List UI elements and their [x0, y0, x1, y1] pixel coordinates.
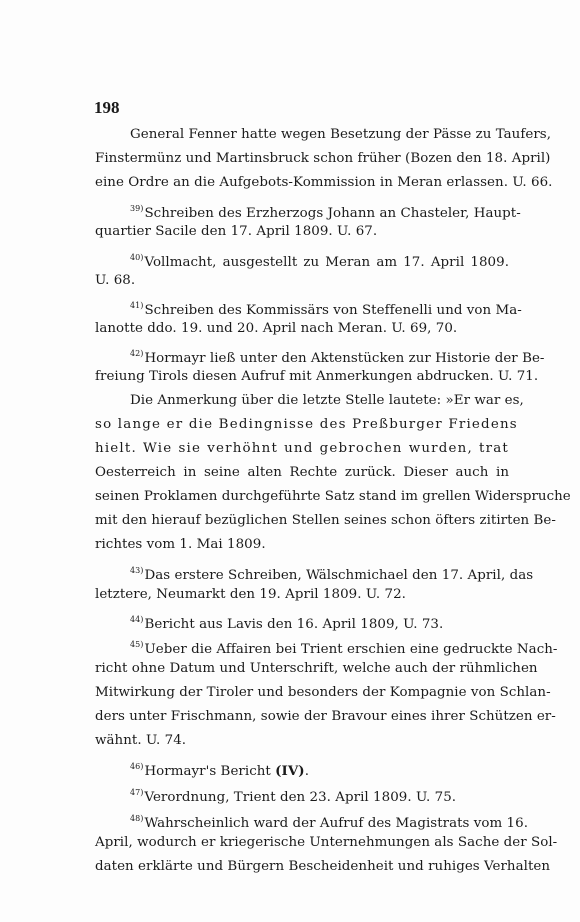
line-text: Schreiben des Erzherzogs Johann an Chast… [144, 206, 520, 221]
line-text: letztere, Neumarkt den 19. April 1809. U… [95, 587, 406, 602]
footnote-line: 47)Verordnung, Trient den 23. April 1809… [130, 783, 509, 808]
line-text: mit den hierauf bezüglichen Stellen sein… [95, 513, 556, 528]
footnote-line: 48)Wahrscheinlich ward der Aufruf des Ma… [130, 809, 509, 834]
text-line: letztere, Neumarkt den 19. April 1809. U… [95, 585, 509, 605]
footnote-number: 43) [130, 566, 143, 575]
line-text: hielt. Wie sie verhöhnt und gebrochen wu… [95, 441, 509, 456]
text-line: Die Anmerkung über die letzte Stelle lau… [130, 391, 509, 411]
line-text: Schreiben des Kommissärs von Steffenelli… [144, 303, 521, 318]
roman-numeral-reference: (IV) [275, 763, 305, 779]
line-text: Die Anmerkung über die letzte Stelle lau… [130, 393, 524, 408]
line-text: wähnt. U. 74. [95, 733, 186, 748]
line-text: U. 68. [95, 273, 135, 288]
line-text: April, wodurch er kriegerische Unternehm… [95, 835, 557, 850]
footnote-number: 40) [130, 253, 143, 262]
text-line: richt ohne Datum und Unterschrift, welch… [95, 659, 509, 679]
text-line: hielt. Wie sie verhöhnt und gebrochen wu… [95, 439, 509, 459]
text-line: ders unter Frischmann, sowie der Bravour… [95, 707, 509, 727]
line-text: Ueber die Affairen bei Trient erschien e… [144, 642, 557, 657]
line-text: Finstermünz und Martinsbruck schon frühe… [95, 151, 550, 166]
footnote-number: 45) [130, 640, 143, 649]
text-line: richtes vom 1. Mai 1809. [95, 535, 509, 555]
line-text-suffix: . [305, 764, 309, 779]
line-text: quartier Sacile den 17. April 1809. U. 6… [95, 224, 377, 239]
footnote-number: 46) [130, 762, 143, 771]
footnote-line: 39)Schreiben des Erzherzogs Johann an Ch… [130, 199, 509, 224]
footnote-line: 41)Schreiben des Kommissärs von Steffene… [130, 296, 509, 321]
text-line: lanotte ddo. 19. und 20. April nach Mera… [95, 319, 509, 339]
text-line: daten erklärte und Bürgern Bescheidenhei… [95, 857, 509, 877]
line-text: Oesterreich in seine alten Rechte zurück… [95, 465, 509, 480]
footnote-line: 43)Das erstere Schreiben, Wälschmichael … [130, 561, 509, 586]
footnote-number: 39) [130, 204, 143, 213]
line-text: ders unter Frischmann, sowie der Bravour… [95, 709, 556, 724]
line-text: Vollmacht, ausgestellt zu Meran am 17. A… [144, 255, 509, 270]
footnote-number: 44) [130, 615, 143, 624]
line-text: Hormayr ließ unter den Aktenstücken zur … [144, 351, 544, 366]
text-line: Mitwirkung der Tiroler und besonders der… [95, 683, 509, 703]
text-line: April, wodurch er kriegerische Unternehm… [95, 833, 509, 853]
footnote-line: 42)Hormayr ließ unter den Aktenstücken z… [130, 344, 509, 369]
text-line: General Fenner hatte wegen Besetzung der… [130, 125, 509, 145]
line-text: so lange er die Bedingnisse des Preßburg… [95, 417, 518, 432]
text-line: Finstermünz und Martinsbruck schon frühe… [95, 149, 509, 169]
line-text: seinen Proklamen durchgeführte Satz stan… [95, 489, 571, 504]
line-text: Das erstere Schreiben, Wälschmichael den… [144, 568, 533, 583]
line-text: daten erklärte und Bürgern Bescheidenhei… [95, 859, 550, 874]
line-text: General Fenner hatte wegen Besetzung der… [130, 127, 551, 142]
footnote-line: 45)Ueber die Affairen bei Trient erschie… [130, 635, 509, 660]
page-number: 198 [94, 98, 120, 118]
text-line: freiung Tirols diesen Aufruf mit Anmerku… [95, 367, 509, 387]
footnote-line: 40)Vollmacht, ausgestellt zu Meran am 17… [130, 248, 509, 273]
text-line: eine Ordre an die Aufgebots-Kommission i… [95, 173, 509, 193]
line-text: lanotte ddo. 19. und 20. April nach Mera… [95, 321, 457, 336]
text-line: mit den hierauf bezüglichen Stellen sein… [95, 511, 509, 531]
line-text: Bericht aus Lavis den 16. April 1809, U.… [144, 617, 443, 632]
footnote-line: 44)Bericht aus Lavis den 16. April 1809,… [130, 610, 509, 635]
footnote-number: 42) [130, 349, 143, 358]
text-line: Oesterreich in seine alten Rechte zurück… [95, 463, 509, 483]
line-text: eine Ordre an die Aufgebots-Kommission i… [95, 175, 552, 190]
line-text: Hormayr's Bericht [144, 764, 275, 779]
footnote-line: 46)Hormayr's Bericht (IV). [130, 757, 509, 782]
line-text: Wahrscheinlich ward der Aufruf des Magis… [144, 816, 528, 831]
line-text: Mitwirkung der Tiroler und besonders der… [95, 685, 551, 700]
line-text: Verordnung, Trient den 23. April 1809. U… [144, 790, 456, 805]
line-text: richtes vom 1. Mai 1809. [95, 537, 266, 552]
footnote-number: 48) [130, 814, 143, 823]
footnote-number: 47) [130, 788, 143, 797]
footnote-number: 41) [130, 301, 143, 310]
text-line: so lange er die Bedingnisse des Preßburg… [95, 415, 509, 435]
text-line: quartier Sacile den 17. April 1809. U. 6… [95, 222, 509, 242]
text-line: seinen Proklamen durchgeführte Satz stan… [95, 487, 509, 507]
line-text: freiung Tirols diesen Aufruf mit Anmerku… [95, 369, 538, 384]
text-line: wähnt. U. 74. [95, 731, 509, 751]
text-line: U. 68. [95, 271, 509, 291]
line-text: richt ohne Datum und Unterschrift, welch… [95, 661, 538, 676]
